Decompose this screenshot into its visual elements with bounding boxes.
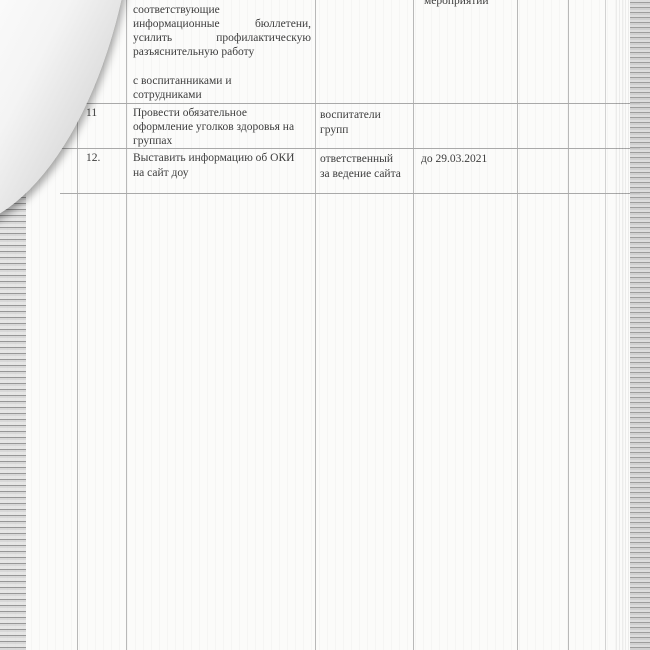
action-text: с воспитанниками и xyxy=(133,74,232,88)
responsible-text: за ведение сайта xyxy=(320,167,401,181)
responsible-text: воспитатели xyxy=(320,108,381,122)
action-text: на сайт доу xyxy=(133,166,188,180)
scan-edge-noise xyxy=(630,0,650,650)
table-row-line xyxy=(60,193,640,194)
action-text: информационные бюллетени, xyxy=(133,17,311,31)
row-number: 12. xyxy=(86,151,100,165)
deadline-text: до 29.03.2021 xyxy=(421,152,487,166)
responsible-text: групп xyxy=(320,123,348,137)
action-text: Выставить информацию об ОКИ xyxy=(133,151,294,165)
responsible-text: ответственный xyxy=(320,152,393,166)
action-text: Провести обязательное xyxy=(133,106,247,120)
action-text: усилить профилактическую xyxy=(133,31,311,45)
action-text: группах xyxy=(133,134,172,148)
table-row-line xyxy=(60,103,640,104)
action-text: сотрудниками xyxy=(133,88,202,102)
row-number: 11 xyxy=(86,106,97,120)
table-row-line xyxy=(60,148,640,149)
scanned-page: соответствующие информационные бюллетени… xyxy=(0,0,650,650)
table-column-line xyxy=(568,0,569,650)
action-text: соответствующие xyxy=(133,3,220,17)
table-column-line xyxy=(315,0,316,650)
action-text: разъяснительную работу xyxy=(133,45,254,59)
table-column-line xyxy=(413,0,414,650)
col4-text: мероприятии xyxy=(424,0,489,8)
scan-edge-shadow xyxy=(616,0,630,650)
table-column-line xyxy=(605,0,606,650)
action-text: оформление уголков здоровья на xyxy=(133,120,294,134)
table-column-line xyxy=(126,0,127,650)
table-column-line xyxy=(517,0,518,650)
